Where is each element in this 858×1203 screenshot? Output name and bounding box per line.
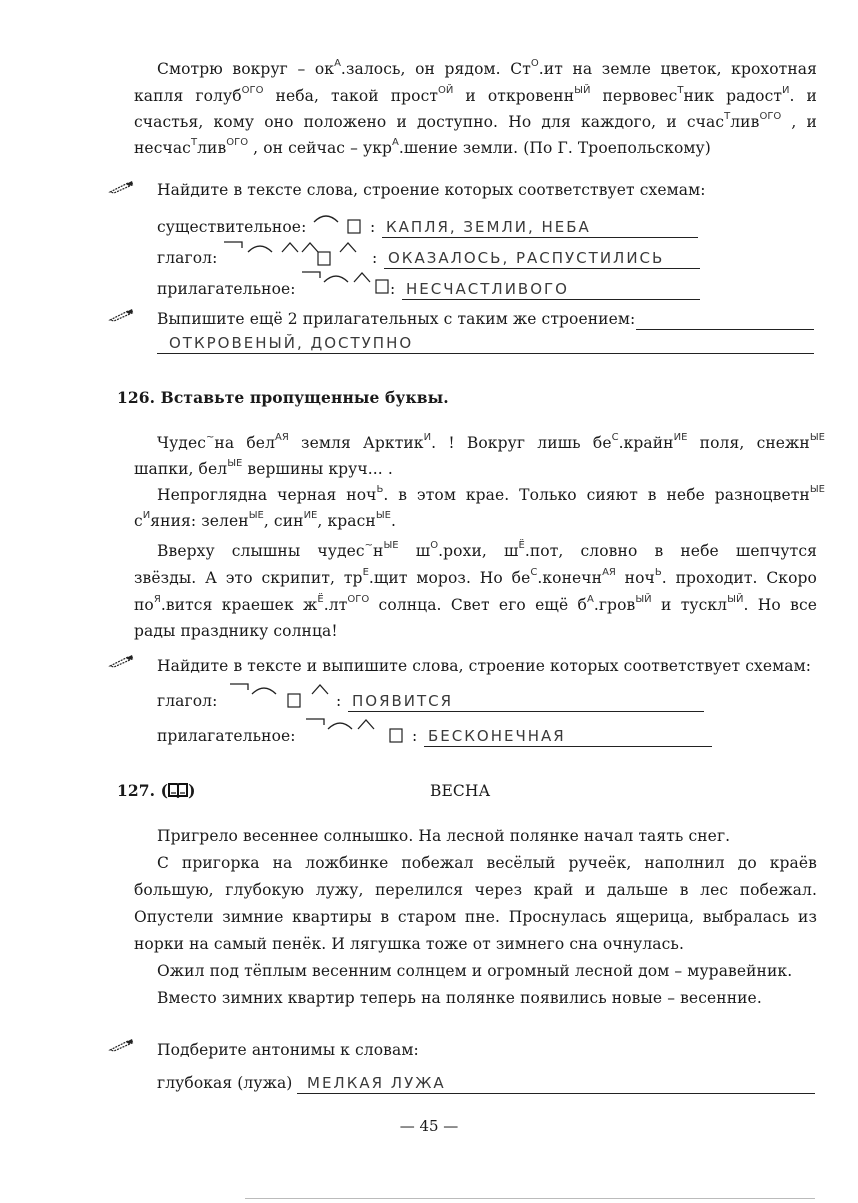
handwritten-insertion: Е [363,567,369,578]
verb-answer-field[interactable]: ОКАЗАЛОСЬ, РАСПУСТИЛИСЬ [384,248,700,269]
text-line: Непроглядна черная ночЬ. в этом крае. То… [157,485,825,508]
noun-label: существительное: [157,217,306,237]
handwritten-insertion: И [143,510,150,521]
handwritten-insertion: ЫЕ [383,540,398,551]
handwritten-insertion: Т [677,85,683,96]
handwritten-insertion: АЯ [275,432,289,443]
scan-edge [245,1198,815,1199]
task126-adj-label: прилагательное: [157,726,296,746]
text-line: капля голубОГО неба, такой простОЙ и отк… [134,86,817,109]
handwritten-insertion: Ё [519,540,525,551]
text-line: несчасТливОГО , он сейчас – укрА.шение з… [134,138,711,161]
pencil-icon [108,180,134,194]
text-line: Вместо зимних квартир теперь на полянке … [157,988,762,1008]
handwritten-insertion: ~ [365,540,373,551]
handwritten-insertion: ОГО [347,594,369,605]
text-line: Вверху слышны чудес~нЫЕ шО.рохи, шЁ.пот,… [157,541,817,564]
exercise-127-number: 127. ( ) [117,781,196,801]
noun-answer: КАПЛЯ, ЗЕМЛИ, НЕБА [386,218,591,236]
handwritten-insertion: ЫЙ [574,85,590,96]
text-line: звёзды. А это скрипит, трЕ.щит мороз. Но… [134,568,817,591]
exercise-126-title: 126. Вставьте пропущенные буквы. [117,388,449,408]
task126-adj-answer-field[interactable]: БЕСКОНЕЧНАЯ [424,726,712,747]
task126-verb-label: глагол: [157,691,217,711]
pencil-icon [108,1038,134,1052]
exercise-127-title: ВЕСНА [430,781,490,801]
handwritten-insertion: ИЕ [674,432,688,443]
handwritten-insertion: Ё [317,594,323,605]
text-line: счастья, кому оно положено и доступно. Н… [134,112,817,135]
task126-adj-answer: БЕСКОНЕЧНАЯ [428,727,566,745]
schema-adjective [300,268,390,298]
text-line: поЯ.вится краешек жЁ.лтОГО солнца. Свет … [134,595,817,618]
text-line: шапки, белЫЕ вершины круч... . [134,459,393,482]
text-line: Ожил под тёплым весенним солнцем и огром… [157,961,792,981]
workbook-page: Смотрю вокруг – окА.залось, он рядом. Ст… [0,0,858,1203]
task127-label: глубокая (лужа) [157,1073,292,1093]
extra-answer: ОТКРОВЕНЫЙ, ДОСТУПНО [169,334,413,352]
handwritten-insertion: О [531,58,539,69]
handwritten-insertion: ОГО [759,111,781,122]
handwritten-insertion: С [612,432,619,443]
handwritten-insertion: ЫЙ [727,594,743,605]
handwritten-insertion: ЫЙ [635,594,651,605]
page-number: — 45 — [0,1117,858,1135]
book-icon [168,782,188,798]
task127-answer: МЕЛКАЯ ЛУЖА [307,1074,446,1092]
handwritten-insertion: Ь [655,567,662,578]
handwritten-insertion: И [782,85,789,96]
handwritten-insertion: А [587,594,594,605]
handwritten-insertion: Т [724,111,730,122]
extra-instruction: Выпишите ещё 2 прилагательных с таким же… [157,309,635,329]
pencil-icon [108,308,134,322]
pencil-icon [108,654,134,668]
schema-verb [222,238,382,268]
text-line: сИяния: зеленЫЕ, синИЕ, краснЫЕ. [134,511,396,534]
handwritten-insertion: И [424,432,431,443]
extra-answer-field-1[interactable] [636,309,814,330]
text-line: рады празднику солнца! [134,621,338,641]
handwritten-insertion: ЫЕ [227,458,242,469]
task127-instruction: Подберите антонимы к словам: [157,1040,419,1060]
handwritten-insertion: ЫЕ [810,484,825,495]
text-line: норки на самый пенёк. И лягушка тоже от … [134,934,684,954]
handwritten-insertion: АЯ [602,567,616,578]
adj-answer-field[interactable]: НЕСЧАСТЛИВОГО [402,279,700,300]
text-line: Чудес~на белАЯ земля АрктикИ. ! Вокруг л… [157,433,825,456]
handwritten-insertion: С [530,567,537,578]
handwritten-insertion: ЫЕ [376,510,391,521]
text-line: Смотрю вокруг – окА.залось, он рядом. Ст… [157,59,817,82]
handwritten-insertion: ЫЕ [249,510,264,521]
schema-root-ending [310,210,366,236]
noun-answer-field[interactable]: КАПЛЯ, ЗЕМЛИ, НЕБА [382,217,698,238]
handwritten-insertion: ЫЕ [810,432,825,443]
text-line: большую, глубокую лужу, перелился через … [134,880,817,900]
handwritten-insertion: ОГО [242,85,264,96]
schema-verb-2 [228,680,338,710]
handwritten-insertion: О [430,540,438,551]
task126-verb-answer-field[interactable]: ПОЯВИТСЯ [348,691,704,712]
handwritten-insertion: Ь [376,484,383,495]
handwritten-insertion: А [392,137,399,148]
task1-instruction: Найдите в тексте слова, строение которых… [157,180,706,200]
text-line: Пригрело весеннее солнышко. На лесной по… [157,826,730,846]
task127-answer-field[interactable]: МЕЛКАЯ ЛУЖА [297,1073,815,1094]
text-line: Опустели зимние квартиры в старом пне. П… [134,907,817,927]
extra-answer-field-2[interactable]: ОТКРОВЕНЫЙ, ДОСТУПНО [157,333,814,354]
handwritten-insertion: Т [191,137,197,148]
adj-label: прилагательное: [157,279,296,299]
task126-instruction: Найдите в тексте и выпишите слова, строе… [157,656,811,676]
handwritten-insertion: А [334,58,341,69]
adj-answer: НЕСЧАСТЛИВОГО [406,280,569,298]
schema-adjective-2 [304,715,408,745]
handwritten-insertion: ИЕ [304,510,318,521]
handwritten-insertion: ОЙ [438,85,453,96]
verb-label: глагол: [157,248,217,268]
task126-verb-answer: ПОЯВИТСЯ [352,692,453,710]
handwritten-insertion: ~ [206,432,214,443]
text-line: С пригорка на ложбинке побежал весёлый р… [157,853,817,873]
handwritten-insertion: ОГО [226,137,248,148]
verb-answer: ОКАЗАЛОСЬ, РАСПУСТИЛИСЬ [388,249,664,267]
handwritten-insertion: Я [154,594,161,605]
